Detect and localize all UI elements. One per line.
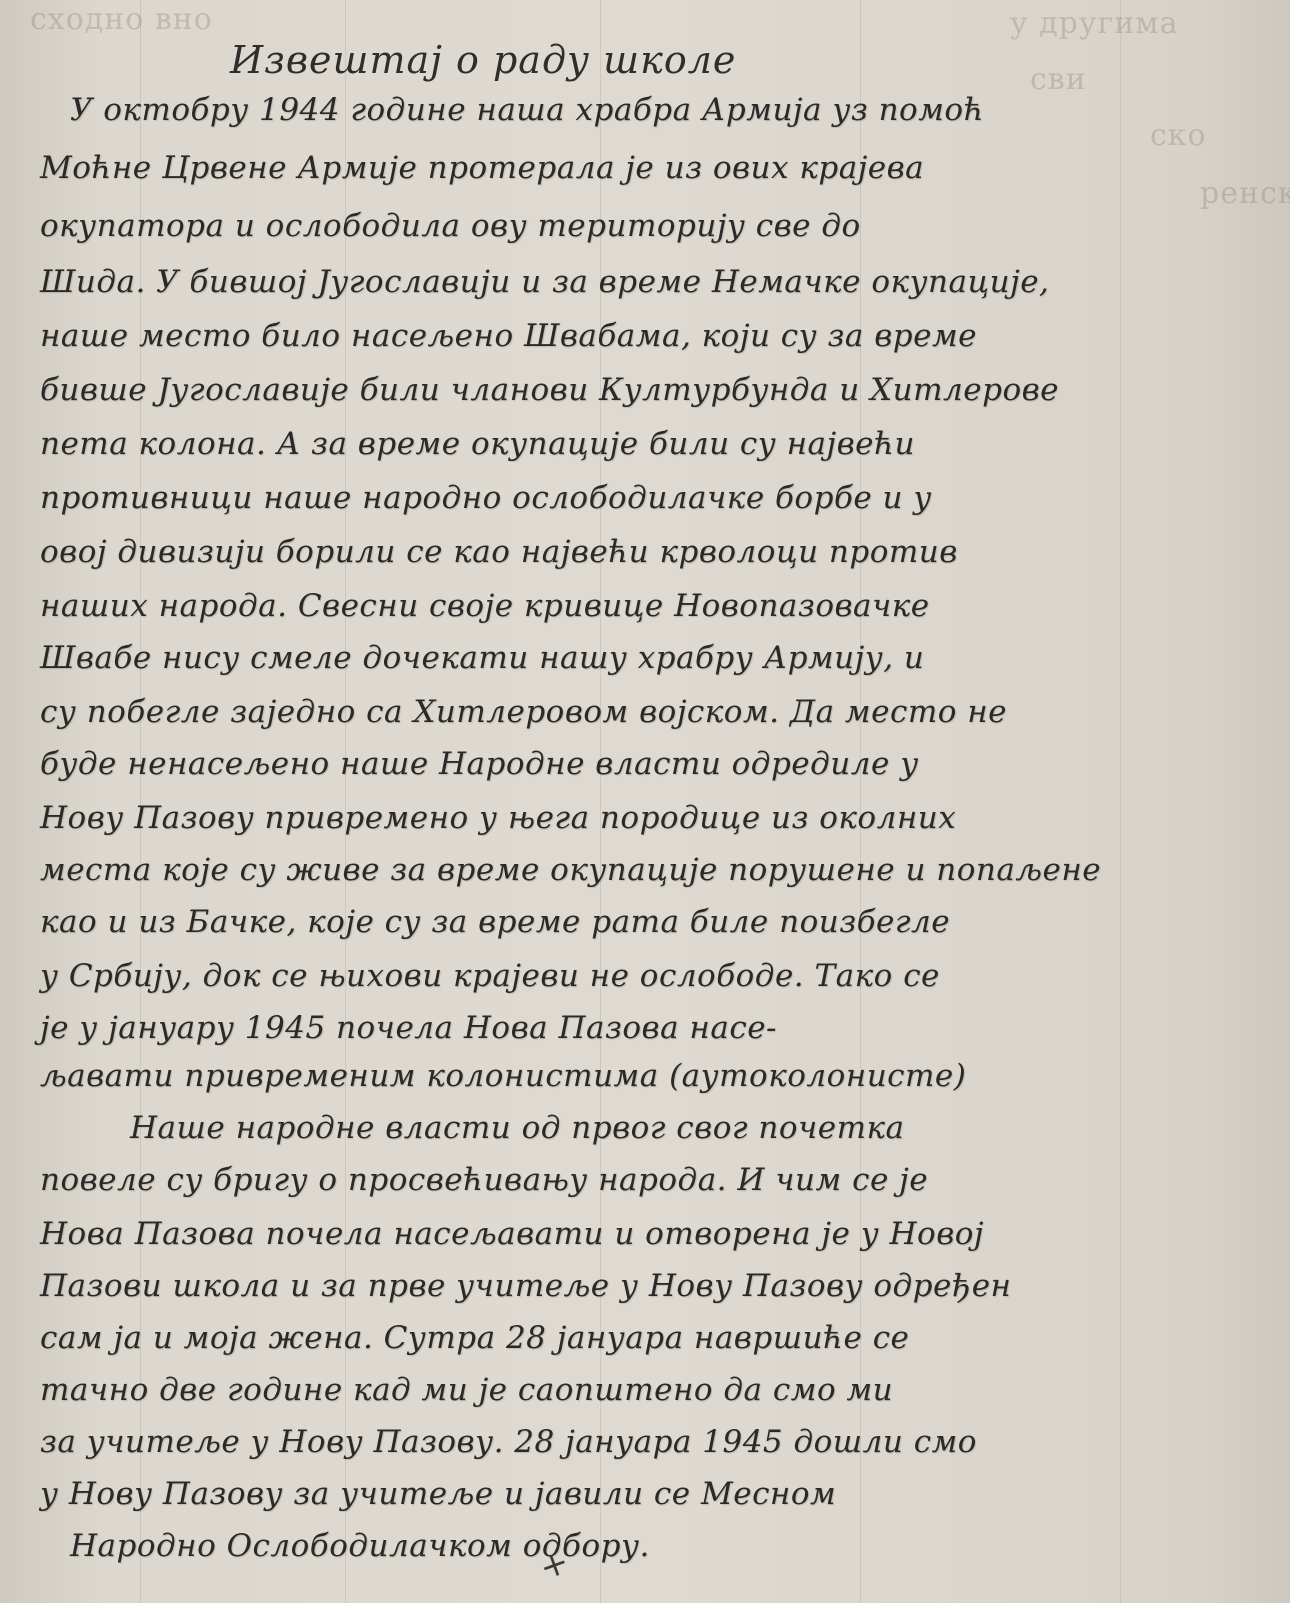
text-line: буде ненасељено наше Народне власти одре… [40, 746, 1230, 782]
text-line: овој дивизији борили се као највећи крво… [40, 534, 1230, 570]
text-line: Швабе нису смеле дочекати нашу храбру Ар… [40, 640, 1230, 676]
text-line: противници наше народно ослободилачке бо… [40, 480, 1230, 516]
text-line: је у јануару 1945 почела Нова Пазова нас… [40, 1010, 1230, 1046]
text-line: Нову Пазову привремено у њега породице и… [40, 800, 1230, 836]
text-line: Моћне Црвене Армије протерала је из ових… [40, 150, 1230, 186]
text-line: окупатора и ослободила ову територију св… [40, 208, 1230, 244]
text-line: Народно Ослободилачком одбору. [70, 1528, 1230, 1564]
bleed-through-text: у другима [1010, 6, 1178, 41]
text-line: наше место било насељено Швабама, који с… [40, 318, 1230, 354]
text-line: Шида. У бившој Југославији и за време Не… [40, 264, 1230, 300]
text-line: за учитеље у Нову Пазову. 28 јануара 194… [40, 1424, 1230, 1460]
text-line: пета колона. А за време окупације били с… [40, 426, 1230, 462]
document-page: сходно вно у другима сви ско ренски Изве… [0, 0, 1290, 1603]
text-line: тачно две године кад ми је саопштено да … [40, 1372, 1230, 1408]
text-line: као и из Бачке, које су за време рата би… [40, 904, 1230, 940]
document-title: Извештај о раду школе [230, 38, 736, 82]
text-line: љавати привременим колонистима (аутоколо… [40, 1058, 1230, 1094]
text-line: У октобру 1944 године наша храбра Армија… [70, 92, 1230, 128]
text-line: у Србију, док се њихови крајеви не ослоб… [40, 958, 1230, 994]
text-line: повеле су бригу о просвећивању народа. И… [40, 1162, 1230, 1198]
text-line: су побегле заједно са Хитлеровом војском… [40, 694, 1230, 730]
text-line: Наше народне власти од првог свог почетк… [130, 1110, 1230, 1146]
bleed-through-text: сходно вно [30, 2, 213, 37]
text-line: бивше Југославије били чланови Културбун… [40, 372, 1230, 408]
text-line: места које су живе за време окупације по… [40, 852, 1230, 888]
text-line: сам ја и моја жена. Сутра 28 јануара нав… [40, 1320, 1230, 1356]
text-line: наших народа. Свесни своје кривице Новоп… [40, 588, 1230, 624]
text-line: у Нову Пазову за учитеље и јавили се Мес… [40, 1476, 1230, 1512]
text-line: Пазови школа и за прве учитеље у Нову Па… [40, 1268, 1230, 1304]
text-line: Нова Пазова почела насељавати и отворена… [40, 1216, 1230, 1252]
